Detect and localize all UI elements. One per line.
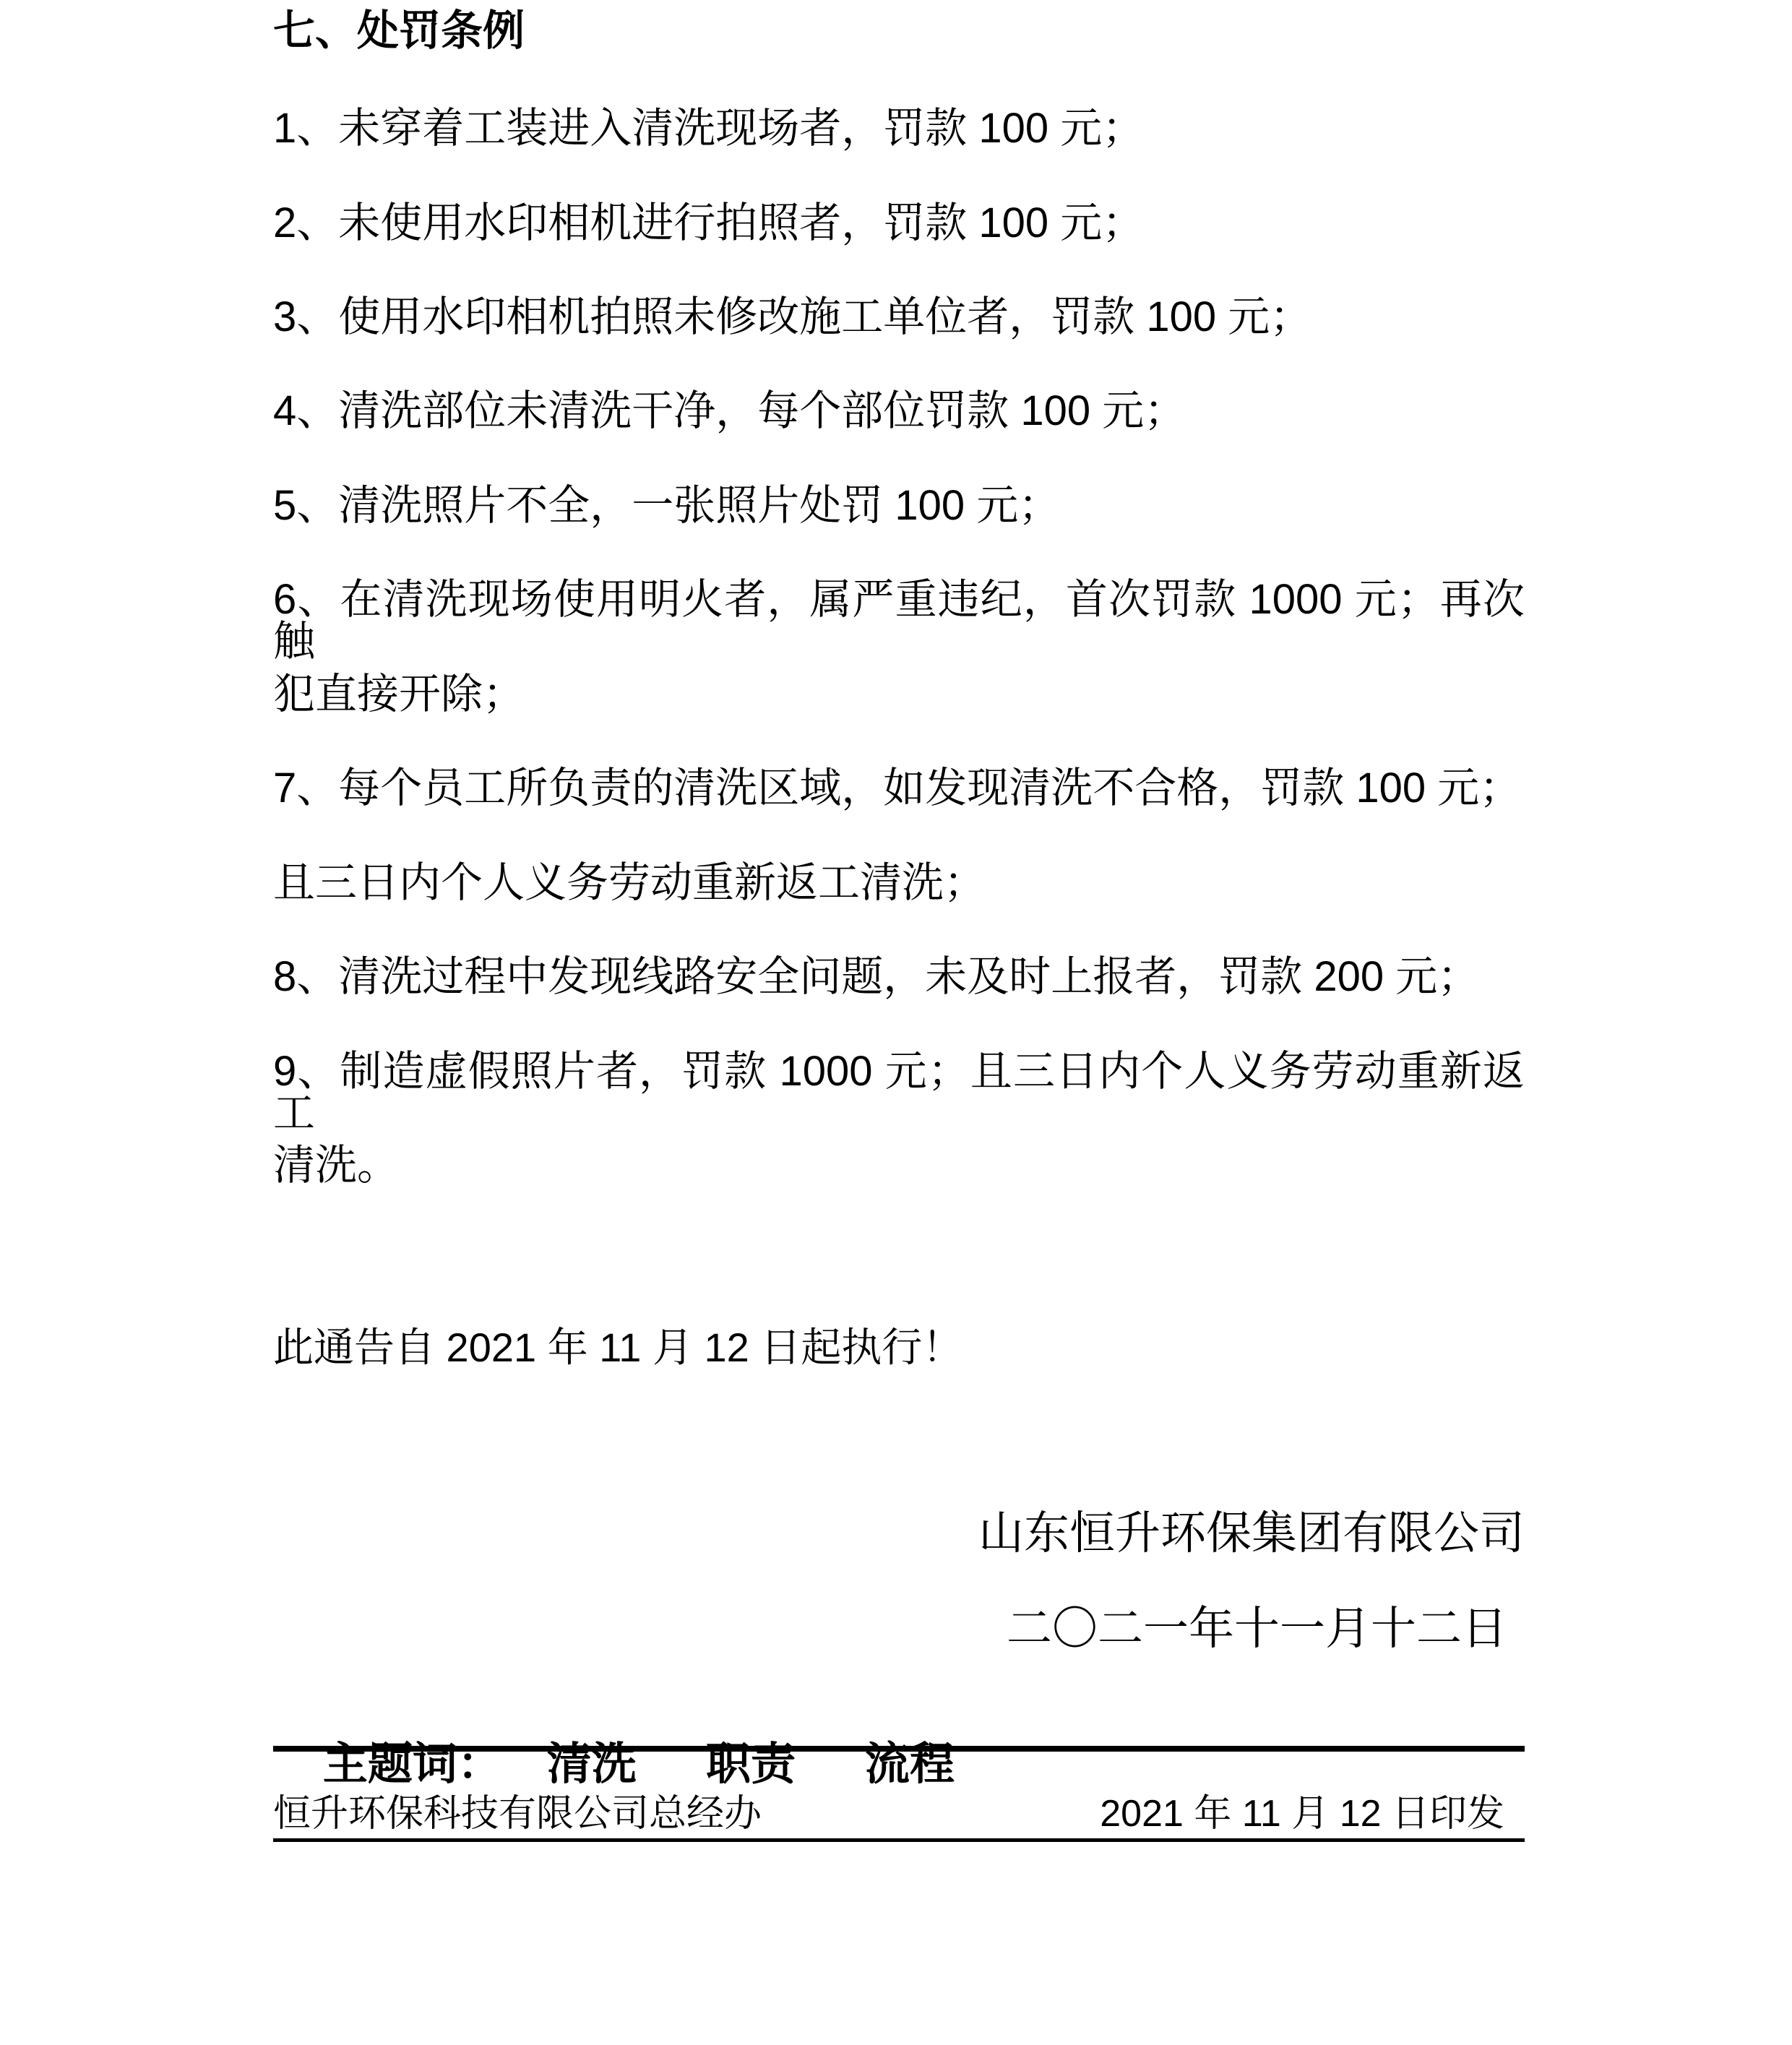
body-line-5: 5、清洗照片不全，一张照片处罚 100 元；: [273, 485, 1525, 527]
body-line-9: 且三日内个人义务劳动重新返工清洗；: [273, 862, 1525, 904]
footer-row: 恒升环保科技有限公司总经办 2021 年 11 月 12 日印发: [273, 1795, 1504, 1833]
footer-print-date: 2021 年 11 月 12 日印发: [1100, 1795, 1504, 1833]
body-line-6: 6、在清洗现场使用明火者，属严重违纪，首次罚款 1000 元；再次触: [273, 579, 1525, 663]
signature-date: 二〇二一年十一月十二日: [1007, 1606, 1507, 1652]
body-line-7: 犯直接开除；: [273, 673, 1525, 715]
document-page: 七、处罚条例 1、未穿着工装进入清洗现场者，罚款 100 元； 2、未使用水印相…: [0, 0, 1792, 2045]
footer-issuer: 恒升环保科技有限公司总经办: [273, 1795, 762, 1833]
section-title: 七、处罚条例: [273, 10, 525, 52]
subject-divider-rule: [273, 1746, 1525, 1752]
body-line-12: 清洗。: [273, 1145, 1525, 1187]
body-line-2: 2、未使用水印相机进行拍照者，罚款 100 元；: [273, 202, 1525, 244]
footer-bottom-rule: [273, 1838, 1525, 1842]
body-line-10: 8、清洗过程中发现线路安全问题，未及时上报者，罚款 200 元；: [273, 956, 1525, 998]
body-line-11: 9、制造虚假照片者，罚款 1000 元；且三日内个人义务劳动重新返工: [273, 1051, 1525, 1135]
body-line-8: 7、每个员工所负责的清洗区域，如发现清洗不合格，罚款 100 元；: [273, 767, 1525, 809]
body-line-3: 3、使用水印相机拍照未修改施工单位者，罚款 100 元；: [273, 296, 1525, 338]
body-line-1: 1、未穿着工装进入清洗现场者，罚款 100 元；: [273, 108, 1525, 150]
signature-company: 山东恒升环保集团有限公司: [978, 1511, 1525, 1557]
body-line-4: 4、清洗部位未清洗干净，每个部位罚款 100 元；: [273, 390, 1525, 432]
effective-notice: 此通告自 2021 年 11 月 12 日起执行！: [273, 1327, 962, 1368]
